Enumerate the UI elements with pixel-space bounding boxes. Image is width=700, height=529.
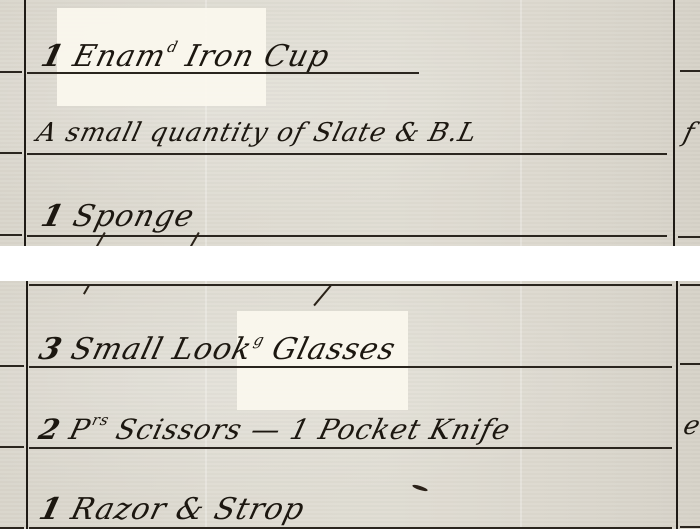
- ledger-entry: 3Small Lookg Glasses: [36, 333, 399, 365]
- entry-quantity: 1: [36, 492, 67, 527]
- row-rule-stub: [680, 363, 700, 365]
- row-rule: [29, 447, 672, 449]
- row-rule-stub: [0, 234, 22, 236]
- ledger-entry: 1Enamd Iron Cup: [38, 40, 333, 72]
- row-rule: [27, 235, 667, 237]
- row-rule: [29, 284, 672, 286]
- entry-text-rest: Glasses: [258, 332, 400, 367]
- entry-text: Sponge: [69, 199, 198, 234]
- ledger-entry: A small quantity of Slate & B.L: [34, 120, 480, 146]
- paper-fold: [520, 0, 522, 246]
- entry-text: P: [66, 413, 94, 446]
- paper-fold: [520, 281, 522, 529]
- right-column-rule: [673, 0, 675, 246]
- entry-quantity: 1: [38, 39, 69, 74]
- entry-text: Small Look: [67, 332, 256, 367]
- ink-descender: [83, 285, 90, 295]
- left-column-rule: [24, 0, 26, 246]
- row-rule-stub: [680, 526, 700, 528]
- row-rule-stub: [0, 365, 24, 367]
- entry-quantity: 2: [36, 413, 65, 446]
- ink-blot: [412, 484, 428, 493]
- entry-text: Enam: [69, 39, 169, 74]
- entry-text: Razor & Strop: [67, 492, 308, 527]
- right-column-rule: [676, 281, 678, 529]
- row-rule-stub: [678, 236, 700, 238]
- entry-text: A small quantity of Slate & B.L: [34, 118, 481, 148]
- row-rule-stub: [0, 71, 22, 73]
- ledger-entry: 1Sponge: [38, 202, 197, 232]
- entry-quantity: 3: [36, 332, 67, 367]
- left-column-rule: [26, 281, 28, 529]
- row-rule-stub: [0, 446, 24, 448]
- row-rule-stub: [0, 152, 22, 154]
- row-rule-stub: [680, 70, 700, 72]
- ledger-entry: 2Prs Scissors — 1 Pocket Knife: [36, 413, 514, 444]
- ledger-entry: 1Razor & Strop: [36, 495, 308, 525]
- ink-descender: [313, 285, 331, 306]
- entry-text-rest: Iron Cup: [172, 39, 334, 74]
- row-rule: [27, 153, 667, 155]
- edge-fragment: e: [680, 411, 700, 441]
- ledger-panel-top: 1Enamd Iron Cup A small quantity of Slat…: [0, 0, 700, 246]
- ledger-panel-bottom: 3Small Lookg Glasses 2Prs Scissors — 1 P…: [0, 281, 700, 529]
- edge-fragment: f: [680, 118, 697, 148]
- entry-text-rest: Scissors — 1 Pocket Knife: [103, 413, 515, 446]
- entry-quantity: 1: [38, 199, 69, 234]
- row-rule-stub: [680, 284, 700, 286]
